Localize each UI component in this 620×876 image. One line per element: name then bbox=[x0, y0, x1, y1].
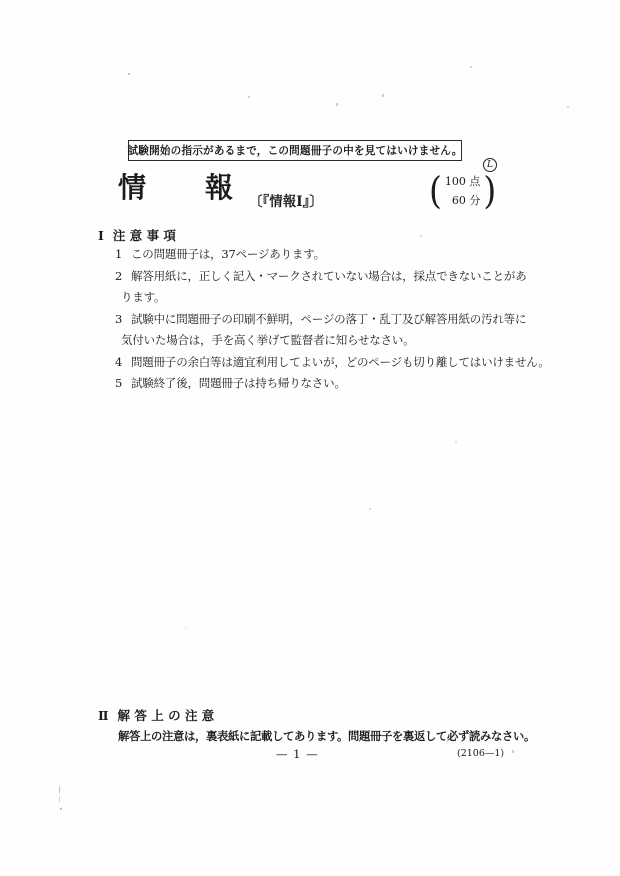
answer-section-body: 解答上の注意は，裏表紙に記載してあります。問題冊子を裏返して必ず読みなさい。 bbox=[118, 728, 535, 744]
page-number: — 1 — bbox=[276, 747, 319, 761]
notice-item: 4問題冊子の余白等は適宜利用してよいが，どのページも切り離してはいけません。 bbox=[100, 352, 540, 374]
scan-artifact bbox=[248, 96, 250, 98]
notice-item-text: 試験終了後，問題冊子は持ち帰りなさい。 bbox=[131, 376, 346, 390]
notice-item-text: 試験中に問題冊子の印刷不鮮明，ページの落丁・乱丁及び解答用紙の汚れ等に bbox=[131, 312, 526, 326]
notice-section-label: 注 意 事 項 bbox=[113, 228, 176, 243]
exam-cover-page: 試験開始の指示があるまで，この問題冊子の中を見てはいけません。 L 情 報 〔『… bbox=[0, 0, 620, 876]
notice-list: 1この問題冊子は，37ページあります。 2解答用紙に，正しく記入・マークされてい… bbox=[100, 244, 540, 395]
notice-item: 5試験終了後，問題冊子は持ち帰りなさい。 bbox=[100, 373, 540, 395]
scan-artifact bbox=[59, 786, 60, 793]
do-not-open-banner: 試験開始の指示があるまで，この問題冊子の中を見てはいけません。 bbox=[128, 140, 462, 161]
notice-item-number: 3 bbox=[115, 309, 131, 331]
scan-artifact bbox=[420, 235, 422, 237]
scan-artifact bbox=[369, 508, 371, 510]
scan-artifact bbox=[59, 797, 60, 802]
subject-title-char-1: 情 bbox=[118, 174, 146, 202]
notice-item: 1この問題冊子は，37ページあります。 bbox=[100, 244, 540, 266]
scan-artifact bbox=[382, 94, 384, 97]
notice-item-number: 5 bbox=[115, 373, 131, 395]
notice-item-number: 4 bbox=[115, 352, 131, 374]
booklet-code: (2106—1) bbox=[457, 748, 504, 759]
scan-artifact bbox=[185, 627, 187, 628]
notice-item-number: 2 bbox=[115, 266, 131, 288]
notice-item-text: 解答用紙に，正しく記入・マークされていない場合は，採点できないことがあ bbox=[131, 269, 527, 283]
notice-item-text: この問題冊子は，37ページあります。 bbox=[131, 247, 325, 261]
notice-item: 3試験中に問題冊子の印刷不鮮明，ページの落丁・乱丁及び解答用紙の汚れ等に 気付い… bbox=[100, 309, 540, 352]
notice-item-number: 1 bbox=[115, 244, 131, 266]
score-time: 60 分 bbox=[452, 191, 481, 211]
scan-artifact bbox=[512, 750, 514, 753]
score-points: 100 点 bbox=[445, 172, 481, 192]
notice-item-text: 問題冊子の余白等は適宜利用してよいが，どのページも切り離してはいけません。 bbox=[131, 355, 550, 369]
scan-artifact bbox=[470, 66, 472, 68]
score-and-time: ( 100 点 60 分 ) bbox=[429, 170, 496, 212]
scan-artifact bbox=[567, 106, 569, 108]
notice-section-numeral: Ⅰ bbox=[98, 228, 104, 243]
scan-artifact bbox=[128, 73, 130, 75]
notice-item-text-continued: ります。 bbox=[121, 287, 540, 309]
notice-item: 2解答用紙に，正しく記入・マークされていない場合は，採点できないことがあ ります… bbox=[100, 266, 540, 309]
notice-item-text-continued: 気付いた場合は，手を高く挙げて監督者に知らせなさい。 bbox=[121, 330, 540, 352]
answer-section-numeral: Ⅱ bbox=[98, 708, 109, 723]
answer-section-label: 解 答 上 の 注 意 bbox=[118, 708, 215, 723]
do-not-open-banner-text: 試験開始の指示があるまで，この問題冊子の中を見てはいけません。 bbox=[127, 143, 462, 158]
scan-artifact bbox=[455, 441, 457, 443]
scan-artifact bbox=[60, 808, 62, 810]
subject-title-char-2: 報 bbox=[205, 174, 233, 202]
scan-artifact bbox=[336, 103, 338, 106]
score-close-paren: ) bbox=[483, 167, 496, 214]
notice-section-heading: Ⅰ注 意 事 項 bbox=[98, 226, 176, 244]
score-open-paren: ( bbox=[429, 167, 442, 214]
answer-section-heading: Ⅱ解 答 上 の 注 意 bbox=[98, 706, 214, 724]
subject-title-bracket: 〔『情報Ⅰ』〕 bbox=[249, 190, 323, 210]
